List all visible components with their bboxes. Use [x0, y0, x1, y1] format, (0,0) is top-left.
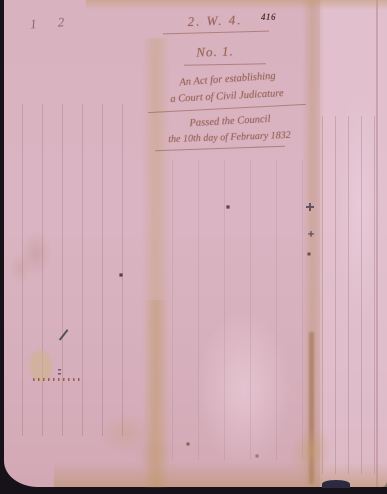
ruled-lines-left-column [22, 104, 134, 436]
ink-specks [4, 0, 6, 2]
page-edge-line [376, 0, 378, 487]
scan-background: 1 2 416 2. W. 4. No. 1. An Act for estab… [0, 0, 387, 494]
pencil-annotation: 1 2 [29, 14, 73, 33]
manuscript-page: 1 2 416 2. W. 4. No. 1. An Act for estab… [4, 0, 387, 487]
faded-stamp-mark [33, 378, 83, 381]
faded-stamp-mark-vertical [58, 369, 61, 377]
crease-cross-mark [306, 206, 314, 208]
bottom-edge-dark-mark [322, 480, 350, 488]
fold-crease-center-lower [144, 300, 168, 487]
crease-cross-mark-small [308, 233, 314, 234]
ruled-lines-center-column [172, 160, 312, 460]
top-edge-discoloration [86, 0, 387, 10]
